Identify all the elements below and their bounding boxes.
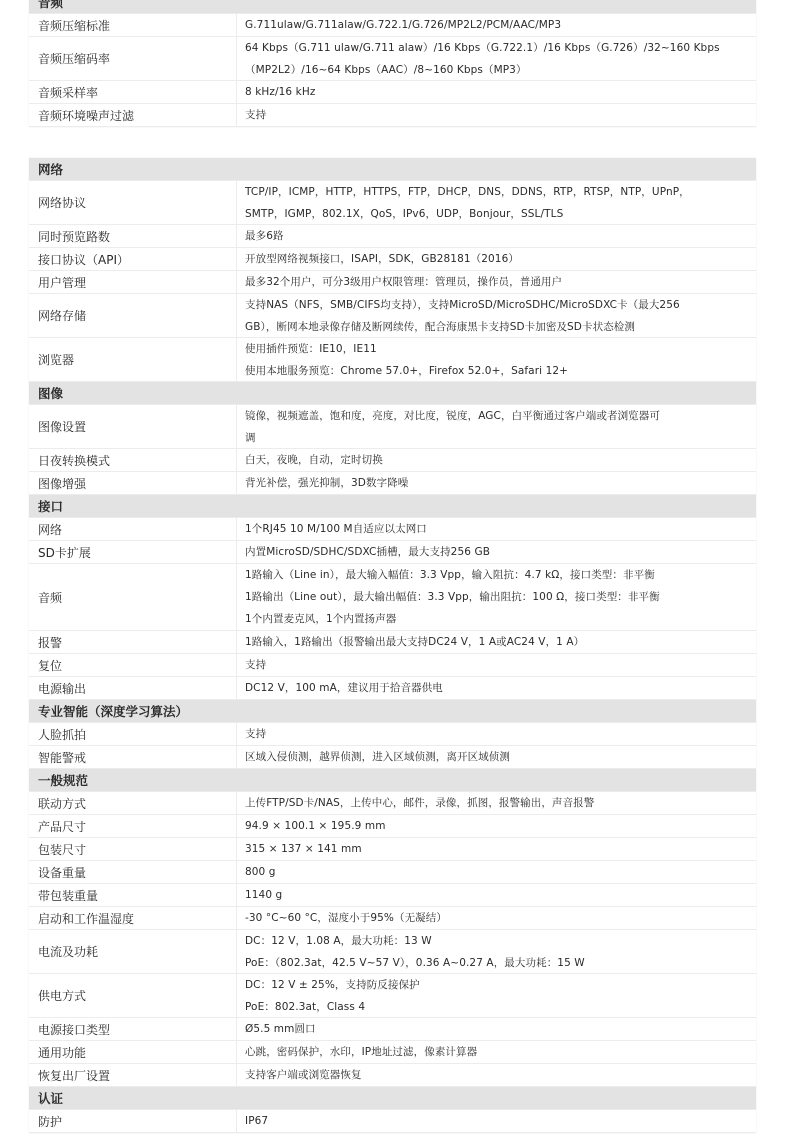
table-row: 用户管理 最多32个用户，可分3级用户权限管理：管理员，操作员，普通用户	[29, 271, 756, 294]
table-row: 产品尺寸 94.9 × 100.1 × 195.9 mm	[29, 815, 756, 838]
spec-value: 白天，夜晚，自动，定时切换	[237, 449, 756, 471]
spec-value: Ø5.5 mm圆口	[237, 1018, 756, 1040]
spec-value: 支持	[237, 104, 756, 126]
spec-value: 开放型网络视频接口，ISAPI，SDK，GB28181（2016）	[237, 248, 756, 270]
value-line: 1140 g	[245, 884, 748, 906]
table-row: 接口协议（API） 开放型网络视频接口，ISAPI，SDK，GB28181（20…	[29, 248, 756, 271]
value-line: 64 Kbps（G.711 ulaw/G.711 alaw）/16 Kbps（G…	[245, 37, 748, 59]
spec-label: 恢复出厂设置	[29, 1064, 237, 1086]
value-line: 1个内置麦克风，1个内置扬声器	[245, 608, 748, 630]
value-line: 1个RJ45 10 M/100 M自适应以太网口	[245, 518, 748, 540]
spec-label: 供电方式	[29, 974, 237, 1017]
table-row: 浏览器 使用插件预览：IE10，IE11 使用本地服务预览：Chrome 57.…	[29, 338, 756, 382]
table-row: SD卡扩展 内置MicroSD/SDHC/SDXC插槽，最大支持256 GB	[29, 541, 756, 564]
spec-label: 电流及功耗	[29, 930, 237, 973]
spec-value: DC12 V，100 mA，建议用于拾音器供电	[237, 677, 756, 699]
table-row: 复位 支持	[29, 654, 756, 677]
spec-label: 音频压缩标准	[29, 14, 237, 36]
spec-label: 智能警戒	[29, 746, 237, 768]
spec-label: 网络协议	[29, 181, 237, 224]
spec-label: 图像增强	[29, 472, 237, 494]
spec-value: 1个RJ45 10 M/100 M自适应以太网口	[237, 518, 756, 540]
value-line: GB），断网本地录像存储及断网续传，配合海康黑卡支持SD卡加密及SD卡状态检测	[245, 316, 748, 338]
table-row: 防护 IP67	[29, 1110, 756, 1133]
value-line: 开放型网络视频接口，ISAPI，SDK，GB28181（2016）	[245, 248, 748, 270]
value-line: 1路输入，1路输出（报警输出最大支持DC24 V，1 A或AC24 V，1 A）	[245, 631, 748, 653]
spec-value: 区域入侵侦测，越界侦测，进入区域侦测，离开区域侦测	[237, 746, 756, 768]
value-line: 上传FTP/SD卡/NAS，上传中心，邮件，录像，抓图，报警输出，声音报警	[245, 792, 748, 814]
value-line: -30 °C~60 °C，湿度小于95%（无凝结）	[245, 907, 748, 929]
section-header-general: 一般规范	[29, 769, 756, 792]
spec-value: 内置MicroSD/SDHC/SDXC插槽，最大支持256 GB	[237, 541, 756, 563]
section-title: 专业智能（深度学习算法）	[38, 702, 188, 720]
spec-value: 镜像，视频遮盖，饱和度，亮度，对比度，锐度，AGC，白平衡通过客户端或者浏览器可…	[237, 405, 756, 448]
table-row: 音频压缩标准 G.711ulaw/G.711alaw/G.722.1/G.726…	[29, 14, 756, 37]
spec-value: 最多32个用户，可分3级用户权限管理：管理员，操作员，普通用户	[237, 271, 756, 293]
spec-label: SD卡扩展	[29, 541, 237, 563]
value-line: 8 kHz/16 kHz	[245, 81, 748, 103]
spec-value: 315 × 137 × 141 mm	[237, 838, 756, 860]
value-line: IP67	[245, 1110, 748, 1132]
table-row: 恢复出厂设置 支持客户端或浏览器恢复	[29, 1064, 756, 1087]
table-row: 报警 1路输入，1路输出（报警输出最大支持DC24 V，1 A或AC24 V，1…	[29, 631, 756, 654]
table-row: 音频 1路输入（Line in），最大输入幅值：3.3 Vpp，输入阻抗：4.7…	[29, 564, 756, 631]
value-line: 使用插件预览：IE10，IE11	[245, 338, 748, 360]
spec-label: 接口协议（API）	[29, 248, 237, 270]
spec-table-audio: 音频 音频压缩标准 G.711ulaw/G.711alaw/G.722.1/G.…	[29, 0, 756, 127]
table-row: 智能警戒 区域入侵侦测，越界侦测，进入区域侦测，离开区域侦测	[29, 746, 756, 769]
table-row: 电流及功耗 DC：12 V，1.08 A，最大功耗：13 W PoE：（802.…	[29, 930, 756, 974]
spec-label: 产品尺寸	[29, 815, 237, 837]
section-header-image: 图像	[29, 382, 756, 405]
spec-label: 同时预览路数	[29, 225, 237, 247]
section-title: 网络	[38, 160, 63, 178]
spec-label: 电源输出	[29, 677, 237, 699]
spec-label: 用户管理	[29, 271, 237, 293]
spec-value: 背光补偿，强光抑制，3D数字降噪	[237, 472, 756, 494]
table-row: 音频采样率 8 kHz/16 kHz	[29, 81, 756, 104]
value-line: G.711ulaw/G.711alaw/G.722.1/G.726/MP2L2/…	[245, 14, 748, 36]
value-line: 心跳，密码保护，水印，IP地址过滤，像素计算器	[245, 1041, 748, 1063]
value-line: DC：12 V ± 25%，支持防反接保护	[245, 974, 748, 996]
table-row: 音频环境噪声过滤 支持	[29, 104, 756, 127]
spec-value: 1140 g	[237, 884, 756, 906]
section-header-smart: 专业智能（深度学习算法）	[29, 700, 756, 723]
spec-value: 支持	[237, 654, 756, 676]
spec-label: 复位	[29, 654, 237, 676]
table-row: 电源输出 DC12 V，100 mA，建议用于拾音器供电	[29, 677, 756, 700]
spec-value: DC：12 V，1.08 A，最大功耗：13 W PoE：（802.3at，42…	[237, 930, 756, 973]
spec-value: 8 kHz/16 kHz	[237, 81, 756, 103]
spec-label: 日夜转换模式	[29, 449, 237, 471]
spec-label: 报警	[29, 631, 237, 653]
value-line: 使用本地服务预览：Chrome 57.0+，Firefox 52.0+，Safa…	[245, 360, 748, 382]
section-header-certification: 认证	[29, 1087, 756, 1110]
table-row: 包装尺寸 315 × 137 × 141 mm	[29, 838, 756, 861]
value-line: 支持客户端或浏览器恢复	[245, 1064, 748, 1086]
spec-label: 音频	[29, 564, 237, 630]
section-header-interface: 接口	[29, 495, 756, 518]
value-line: DC：12 V，1.08 A，最大功耗：13 W	[245, 930, 748, 952]
spec-label: 音频环境噪声过滤	[29, 104, 237, 126]
section-header-network: 网络	[29, 158, 756, 181]
value-line: Ø5.5 mm圆口	[245, 1018, 748, 1040]
table-row: 启动和工作温湿度 -30 °C~60 °C，湿度小于95%（无凝结）	[29, 907, 756, 930]
table-row: 网络 1个RJ45 10 M/100 M自适应以太网口	[29, 518, 756, 541]
spec-value: -30 °C~60 °C，湿度小于95%（无凝结）	[237, 907, 756, 929]
spec-value: 1路输入，1路输出（报警输出最大支持DC24 V，1 A或AC24 V，1 A）	[237, 631, 756, 653]
section-title: 一般规范	[38, 771, 88, 789]
value-line: 800 g	[245, 861, 748, 883]
section-title: 认证	[38, 1089, 63, 1107]
value-line: 315 × 137 × 141 mm	[245, 838, 748, 860]
section-header-audio: 音频	[29, 0, 756, 14]
spec-value: DC：12 V ± 25%，支持防反接保护 PoE：802.3at，Class …	[237, 974, 756, 1017]
value-line: 最多32个用户，可分3级用户权限管理：管理员，操作员，普通用户	[245, 271, 748, 293]
value-line: SMTP，IGMP，802.1X，QoS，IPv6，UDP，Bonjour，SS…	[245, 203, 748, 225]
spec-table-main: 网络 网络协议 TCP/IP，ICMP，HTTP，HTTPS，FTP，DHCP，…	[29, 158, 756, 1133]
value-line: 支持NAS（NFS，SMB/CIFS均支持），支持MicroSD/MicroSD…	[245, 294, 748, 316]
section-title: 图像	[38, 384, 63, 402]
table-row: 通用功能 心跳，密码保护，水印，IP地址过滤，像素计算器	[29, 1041, 756, 1064]
spec-label: 通用功能	[29, 1041, 237, 1063]
section-title: 接口	[38, 497, 63, 515]
spec-value: 使用插件预览：IE10，IE11 使用本地服务预览：Chrome 57.0+，F…	[237, 338, 756, 381]
value-line: 调	[245, 427, 748, 449]
spec-label: 音频采样率	[29, 81, 237, 103]
spec-value: 支持NAS（NFS，SMB/CIFS均支持），支持MicroSD/MicroSD…	[237, 294, 756, 337]
table-row: 供电方式 DC：12 V ± 25%，支持防反接保护 PoE：802.3at，C…	[29, 974, 756, 1018]
value-line: 94.9 × 100.1 × 195.9 mm	[245, 815, 748, 837]
table-row: 电源接口类型 Ø5.5 mm圆口	[29, 1018, 756, 1041]
spec-value: 64 Kbps（G.711 ulaw/G.711 alaw）/16 Kbps（G…	[237, 37, 756, 80]
value-line: PoE：802.3at，Class 4	[245, 996, 748, 1018]
value-line: 1路输出（Line out），最大输出幅值：3.3 Vpp，输出阻抗：100 Ω…	[245, 586, 748, 608]
spec-value: 800 g	[237, 861, 756, 883]
spec-value: 支持客户端或浏览器恢复	[237, 1064, 756, 1086]
table-row: 人脸抓拍 支持	[29, 723, 756, 746]
spec-value: TCP/IP，ICMP，HTTP，HTTPS，FTP，DHCP，DNS，DDNS…	[237, 181, 756, 224]
spec-label: 网络	[29, 518, 237, 540]
value-line: 背光补偿，强光抑制，3D数字降噪	[245, 472, 748, 494]
spec-label: 人脸抓拍	[29, 723, 237, 745]
spec-label: 包装尺寸	[29, 838, 237, 860]
spec-value: 1路输入（Line in），最大输入幅值：3.3 Vpp，输入阻抗：4.7 kΩ…	[237, 564, 756, 630]
value-line: 支持	[245, 654, 748, 676]
value-line: DC12 V，100 mA，建议用于拾音器供电	[245, 677, 748, 699]
table-row: 图像设置 镜像，视频遮盖，饱和度，亮度，对比度，锐度，AGC，白平衡通过客户端或…	[29, 405, 756, 449]
spec-label: 启动和工作温湿度	[29, 907, 237, 929]
table-row: 音频压缩码率 64 Kbps（G.711 ulaw/G.711 alaw）/16…	[29, 37, 756, 81]
table-row: 带包装重量 1140 g	[29, 884, 756, 907]
table-row: 图像增强 背光补偿，强光抑制，3D数字降噪	[29, 472, 756, 495]
value-line: 内置MicroSD/SDHC/SDXC插槽，最大支持256 GB	[245, 541, 748, 563]
spec-label: 图像设置	[29, 405, 237, 448]
spec-value: 上传FTP/SD卡/NAS，上传中心，邮件，录像，抓图，报警输出，声音报警	[237, 792, 756, 814]
spec-label: 联动方式	[29, 792, 237, 814]
spec-value: 支持	[237, 723, 756, 745]
value-line: 白天，夜晚，自动，定时切换	[245, 449, 748, 471]
value-line: 1路输入（Line in），最大输入幅值：3.3 Vpp，输入阻抗：4.7 kΩ…	[245, 564, 748, 586]
spec-label: 浏览器	[29, 338, 237, 381]
value-line: TCP/IP，ICMP，HTTP，HTTPS，FTP，DHCP，DNS，DDNS…	[245, 181, 748, 203]
section-title: 音频	[38, 0, 63, 11]
table-row: 网络存储 支持NAS（NFS，SMB/CIFS均支持），支持MicroSD/Mi…	[29, 294, 756, 338]
spec-value: G.711ulaw/G.711alaw/G.722.1/G.726/MP2L2/…	[237, 14, 756, 36]
spec-label: 设备重量	[29, 861, 237, 883]
spec-value: 94.9 × 100.1 × 195.9 mm	[237, 815, 756, 837]
spec-label: 网络存储	[29, 294, 237, 337]
table-row: 设备重量 800 g	[29, 861, 756, 884]
table-row: 日夜转换模式 白天，夜晚，自动，定时切换	[29, 449, 756, 472]
spec-label: 音频压缩码率	[29, 37, 237, 80]
spec-label: 电源接口类型	[29, 1018, 237, 1040]
spec-label: 带包装重量	[29, 884, 237, 906]
value-line: 支持	[245, 104, 748, 126]
table-row: 网络协议 TCP/IP，ICMP，HTTP，HTTPS，FTP，DHCP，DNS…	[29, 181, 756, 225]
table-row: 联动方式 上传FTP/SD卡/NAS，上传中心，邮件，录像，抓图，报警输出，声音…	[29, 792, 756, 815]
spec-value: IP67	[237, 1110, 756, 1132]
value-line: 镜像，视频遮盖，饱和度，亮度，对比度，锐度，AGC，白平衡通过客户端或者浏览器可	[245, 405, 748, 427]
value-line: PoE：（802.3at，42.5 V~57 V），0.36 A~0.27 A，…	[245, 952, 748, 974]
value-line: 区域入侵侦测，越界侦测，进入区域侦测，离开区域侦测	[245, 746, 748, 768]
value-line: 支持	[245, 723, 748, 745]
spec-value: 心跳，密码保护，水印，IP地址过滤，像素计算器	[237, 1041, 756, 1063]
value-line: （MP2L2）/16~64 Kbps（AAC）/8~160 Kbps（MP3）	[245, 59, 748, 81]
spec-label: 防护	[29, 1110, 237, 1132]
table-row: 同时预览路数 最多6路	[29, 225, 756, 248]
value-line: 最多6路	[245, 225, 748, 247]
spec-value: 最多6路	[237, 225, 756, 247]
